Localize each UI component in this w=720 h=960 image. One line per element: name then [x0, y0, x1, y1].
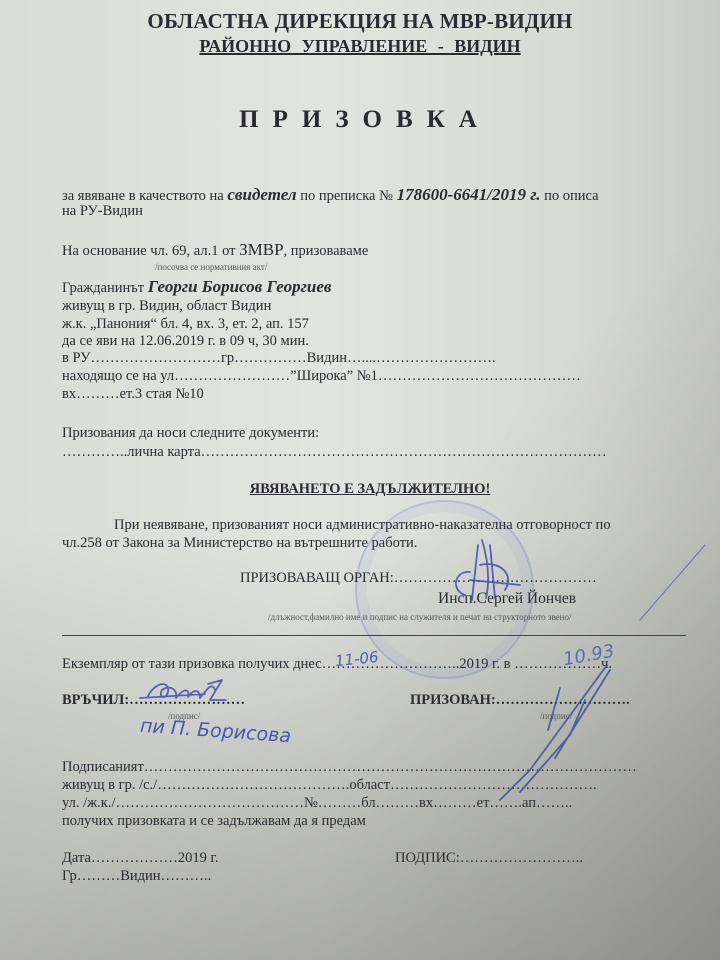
- warning-line-2: чл.258 от Закона за Министерство на вътр…: [62, 535, 417, 552]
- purpose-line: за явяване в качеството на свидетел по п…: [62, 185, 599, 205]
- directorate-heading: ОБЛАСТНА ДИРЕКЦИЯ НА МВР-ВИДИН: [0, 9, 720, 34]
- basis-suffix: , призоваваме: [284, 243, 369, 259]
- mandatory-notice: ЯВЯВАНЕТО Е ЗАДЪЛЖИТЕЛНО!: [0, 481, 720, 498]
- basis-act: ЗМВР: [239, 240, 283, 259]
- citizen-name: Георги Борисов Георгиев: [148, 277, 332, 296]
- citizen-residence: живущ в гр. Видин, област Видин: [62, 298, 271, 315]
- undersigned-line-2: живущ в гр. /с./………………………………….област……………: [62, 777, 597, 794]
- documents-label: Призования да носи следните документи:: [62, 425, 319, 442]
- handwritten-delivered-name: пи П. Борисова: [139, 715, 291, 747]
- footer-date: Дата………………2019 г.: [62, 850, 218, 867]
- department-heading-text: РАЙОННО УПРАВЛЕНИЕ - ВИДИН: [199, 36, 520, 56]
- footer-signature: ПОДПИС:……………………..: [395, 850, 583, 867]
- department-heading: РАЙОННО УПРАВЛЕНИЕ - ВИДИН: [0, 36, 720, 57]
- issuer-hint: /длъжност,фамилно име и подпис на служит…: [268, 612, 572, 622]
- basis-prefix: На основание чл. 69, ал.1 от: [62, 243, 239, 259]
- summoned-hint: /подпис/: [540, 711, 572, 721]
- undersigned-line-3: ул. /ж.к./…………………………………№………бл………вх………ет……: [62, 795, 572, 812]
- issuer-officer: Инсп.Сергей Йончев: [438, 590, 576, 608]
- undersigned-line-1: Подписаният………………………………………………………………………………: [62, 759, 637, 776]
- basis-hint: /посочва се нормативния акт/: [155, 262, 267, 272]
- purpose-line-2: на РУ-Видин: [62, 203, 143, 220]
- purpose-prefix: за явяване в качеството на: [62, 188, 227, 204]
- undersigned-line-4: получих призовката и се задължавам да я …: [62, 813, 366, 830]
- citizen-label: Гражданинът: [62, 280, 148, 296]
- police-unit-line: в РУ………………………гр……………Видин…....…………………….: [62, 350, 496, 367]
- citizen-address: ж.к. „Панония“ бл. 4, вх. 3, ет. 2, ап. …: [62, 316, 309, 333]
- case-number: 178600-6641/2019 г.: [397, 185, 541, 204]
- basis-line: На основание чл. 69, ал.1 от ЗМВР, призо…: [62, 240, 368, 260]
- purpose-role: свидетел: [227, 185, 296, 204]
- citizen-line: Гражданинът Георги Борисов Георгиев: [62, 277, 331, 297]
- purpose-middle: по преписка №: [297, 188, 397, 204]
- section-divider: [62, 635, 686, 636]
- issuer-label: ПРИЗОВАВАЩ ОРГАН:……………………………………: [240, 570, 597, 587]
- warning-line-1: При неявяване, призованият носи админист…: [114, 517, 611, 534]
- documents-value: …………..лична карта………………………………………………………………: [62, 444, 607, 461]
- street-line: находящо се на ул……………………”Широка” №1……………: [62, 368, 581, 385]
- room-line: вх………ет.3 стая №10: [62, 386, 204, 403]
- summoned-label: ПРИЗОВАН:……………………….: [410, 692, 630, 709]
- document-title: ПРИЗОВКА: [0, 106, 720, 134]
- footer-city: Гр………Видин………..: [62, 868, 211, 885]
- delivered-by-label: ВРЪЧИЛ:……………………: [62, 692, 245, 709]
- purpose-suffix: по описа: [541, 188, 599, 204]
- appearance-datetime: да се яви на 12.06.2019 г. в 09 ч, 30 ми…: [62, 333, 309, 350]
